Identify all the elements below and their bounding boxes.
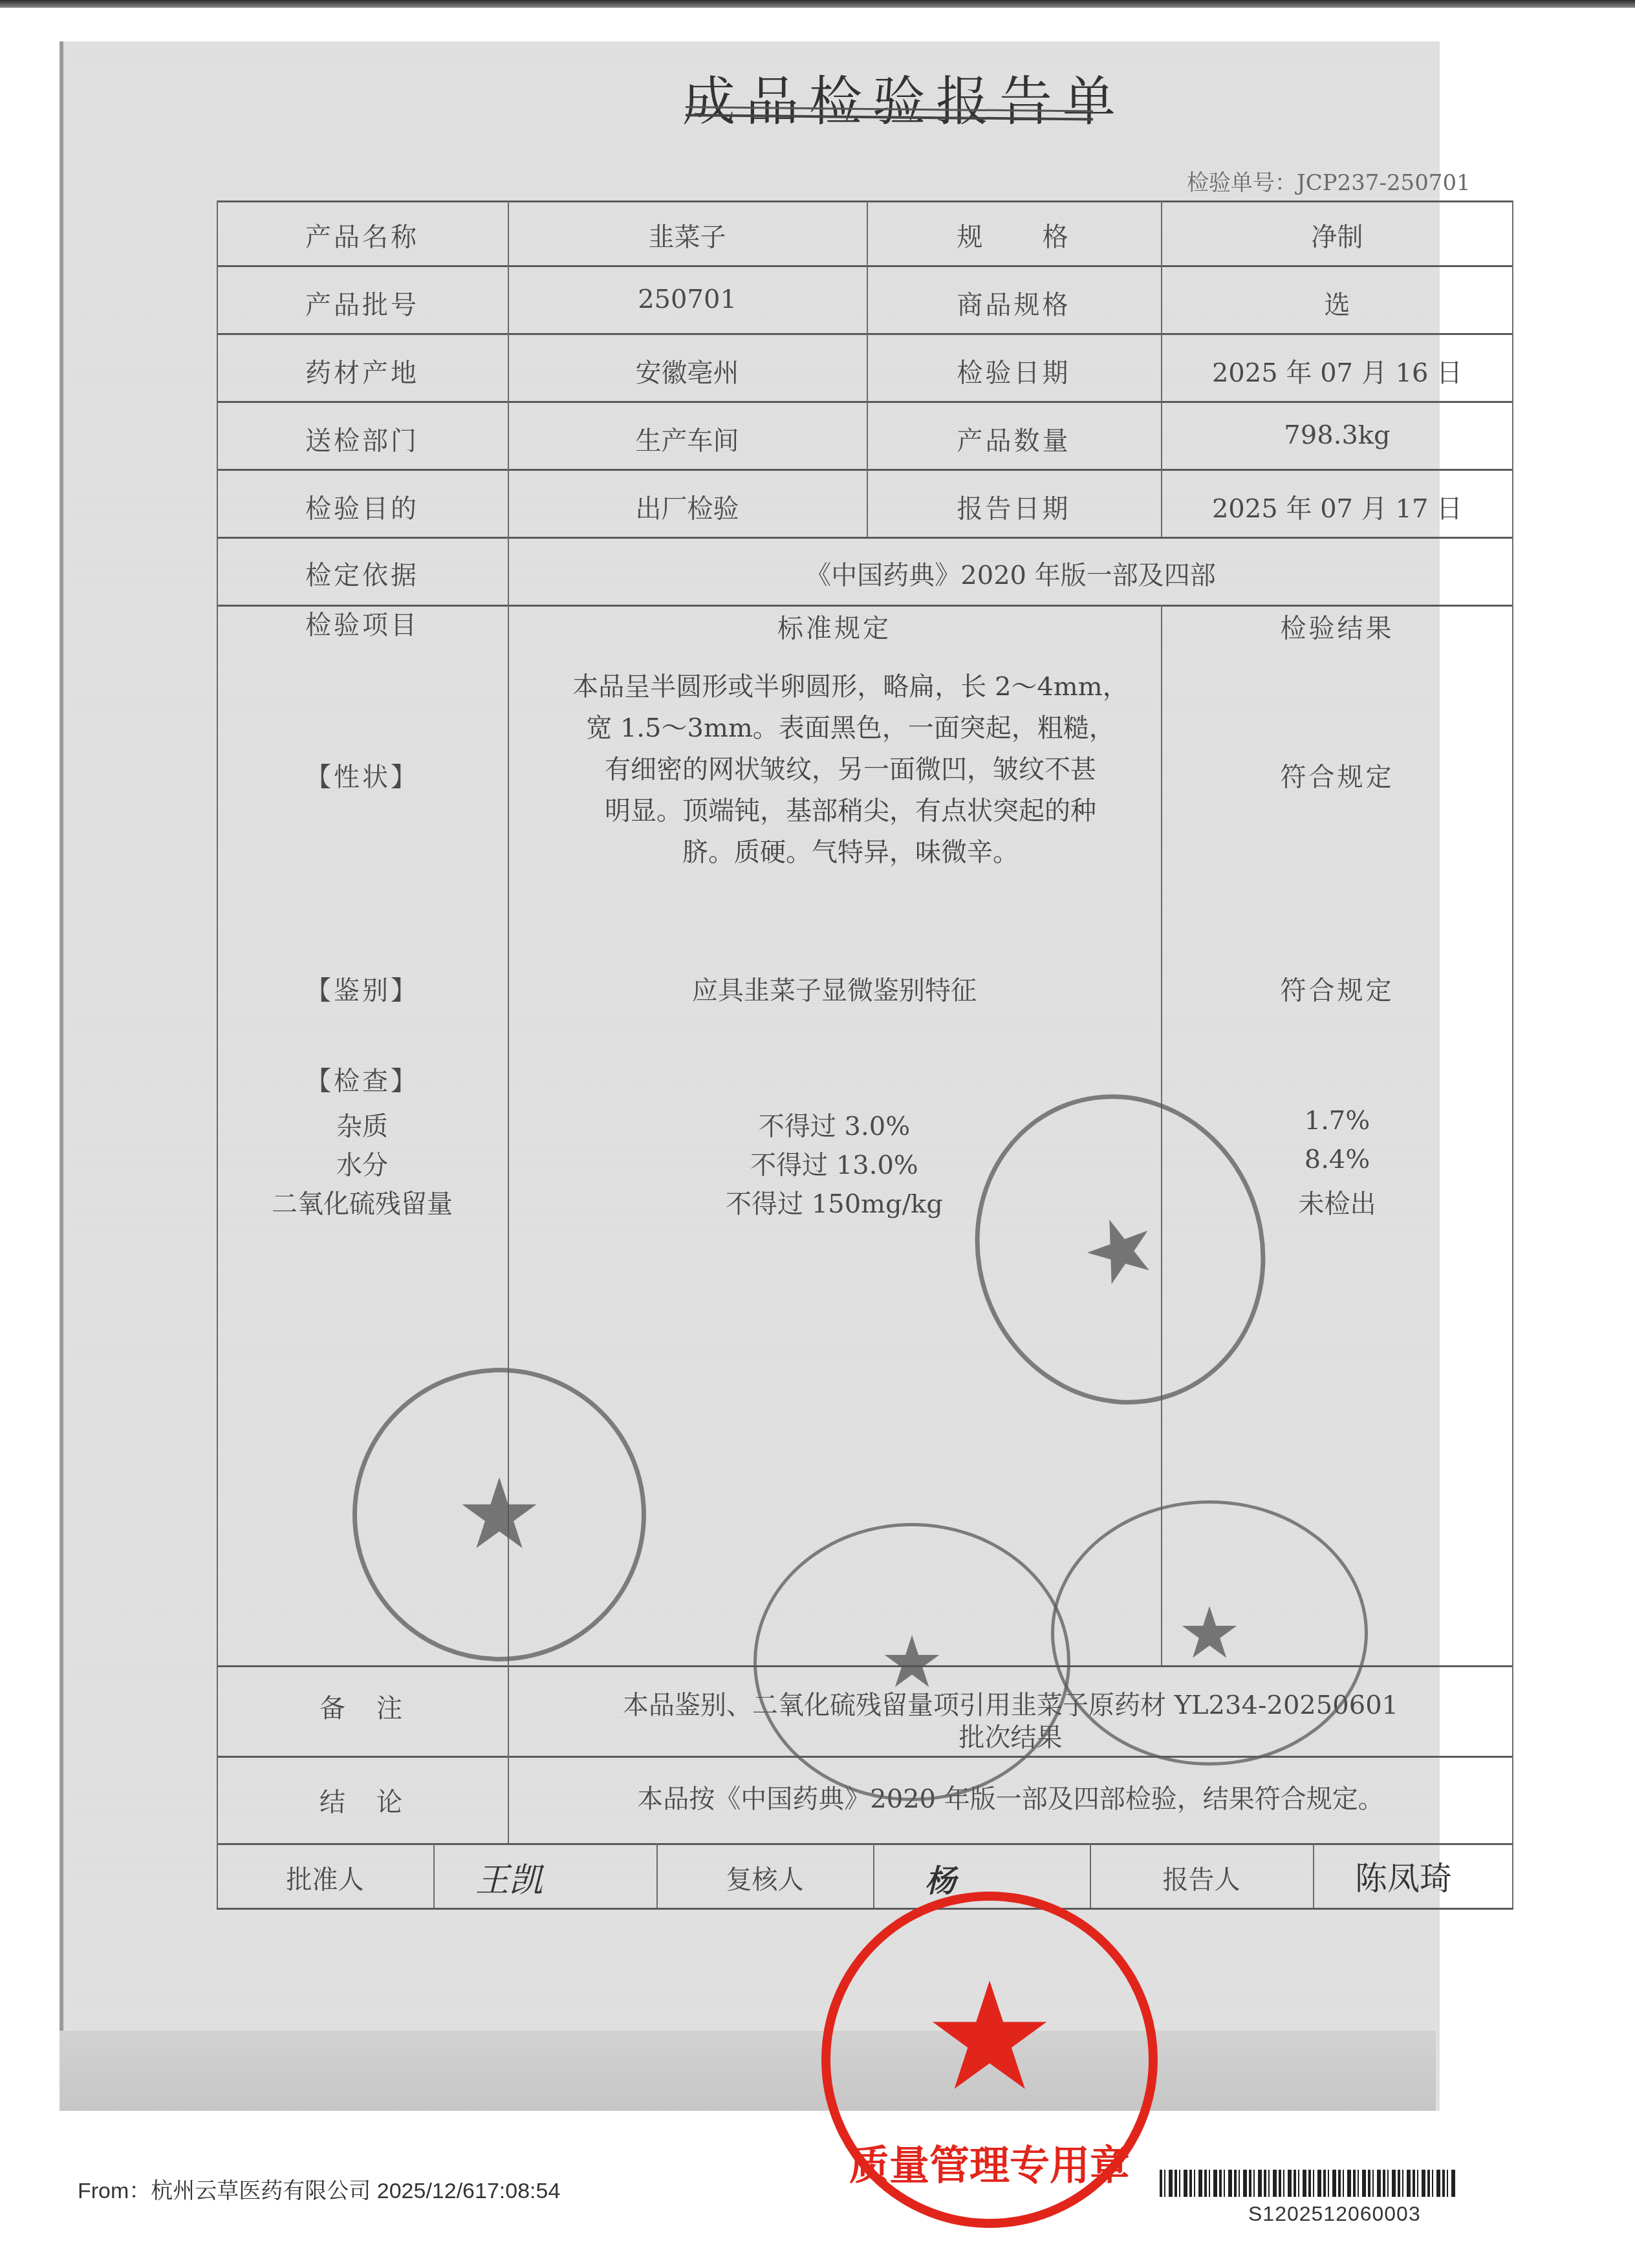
star-icon: ★ bbox=[880, 1621, 944, 1703]
standard-line: 有细密的网状皱纹，另一面微凹，皱纹不甚 bbox=[527, 749, 1174, 790]
label-identification: 【鉴别】 bbox=[217, 970, 508, 1007]
inspect-name-so2: 二氧化硫残留量 bbox=[217, 1183, 508, 1220]
value-conclusion: 本品按《中国药典》2020 年版一部及四部检验，结果符合规定。 bbox=[508, 1778, 1513, 1815]
character-standard: 本品呈半圆形或半卵圆形，略扁，长 2～4mm， 宽 1.5～3mm。表面黑色，一… bbox=[527, 666, 1174, 873]
standard-line: 明显。顶端钝，基部稍尖，有点状突起的种 bbox=[527, 790, 1174, 832]
signature-reviewer: 杨 bbox=[925, 1856, 956, 1901]
signature-reporter: 陈凤琦 bbox=[1355, 1853, 1452, 1899]
label-spec: 规 格 bbox=[867, 217, 1161, 254]
label-inspect-date: 检验日期 bbox=[867, 352, 1161, 389]
signature-approver: 王凯 bbox=[475, 1853, 543, 1901]
page-title: 成品检验报告单 bbox=[682, 59, 1126, 135]
sheet-bottom-shade bbox=[60, 2031, 1436, 2111]
col-divider bbox=[433, 1843, 435, 1908]
standard-identification: 应具韭菜子显微鉴别特征 bbox=[508, 970, 1161, 1007]
row-divider bbox=[217, 265, 1513, 267]
value-batch: 250701 bbox=[508, 285, 867, 314]
label-inspection: 【检查】 bbox=[217, 1061, 508, 1097]
value-spec: 净制 bbox=[1161, 217, 1513, 254]
inspect-name-impurity: 杂质 bbox=[217, 1106, 508, 1143]
scan-top-edge bbox=[0, 0, 1635, 8]
label-dept: 送检部门 bbox=[217, 420, 508, 457]
barcode-text: S1202512060003 bbox=[1248, 2202, 1421, 2226]
result-character: 符合规定 bbox=[1161, 757, 1513, 794]
star-icon: ★ bbox=[1068, 1191, 1173, 1309]
quality-stamp-red: ★ 质量管理专用章 bbox=[821, 1892, 1158, 2228]
company-stamp-left: ★ bbox=[352, 1368, 646, 1661]
label-commodity-spec: 商品规格 bbox=[867, 285, 1161, 321]
label-basis: 检定依据 bbox=[217, 555, 508, 592]
col-divider bbox=[873, 1843, 874, 1908]
label-conclusion: 结 论 bbox=[217, 1782, 508, 1819]
label-report-date: 报告日期 bbox=[867, 488, 1161, 525]
value-dept: 生产车间 bbox=[508, 420, 867, 457]
label-quantity: 产品数量 bbox=[867, 420, 1161, 457]
doc-number: 检验单号：JCP237-250701 bbox=[1187, 165, 1471, 197]
label-purpose: 检验目的 bbox=[217, 488, 508, 525]
standard-line: 脐。质硬。气特异，味微辛。 bbox=[527, 832, 1174, 873]
star-icon: ★ bbox=[1178, 1592, 1242, 1674]
inspect-name-moisture: 水分 bbox=[217, 1145, 508, 1182]
header-item: 检验项目 bbox=[217, 605, 508, 642]
label-character: 【性状】 bbox=[217, 757, 508, 794]
value-quantity: 798.3kg bbox=[1161, 420, 1513, 450]
stamp-sub-text: 质量管理专用章 bbox=[830, 2133, 1149, 2191]
table-border bbox=[217, 1908, 1513, 1910]
star-icon: ★ bbox=[923, 1963, 1056, 2112]
table-border bbox=[217, 200, 1513, 202]
value-commodity-spec: 选 bbox=[1161, 285, 1513, 321]
star-icon: ★ bbox=[456, 1458, 543, 1571]
barcode bbox=[1160, 2170, 1457, 2197]
row-divider bbox=[217, 537, 1513, 539]
supplier-stamp-right: ★ bbox=[1051, 1500, 1368, 1766]
row-divider bbox=[217, 1843, 1513, 1845]
supplier-stamp-left: ★ bbox=[753, 1523, 1070, 1801]
label-remarks: 备 注 bbox=[217, 1688, 508, 1725]
value-basis: 《中国药典》2020 年版一部及四部 bbox=[508, 555, 1513, 592]
table-border bbox=[1512, 200, 1513, 1908]
value-origin: 安徽亳州 bbox=[508, 352, 867, 389]
value-product-name: 韭菜子 bbox=[508, 217, 867, 254]
fax-from-line: From：杭州云草医药有限公司 2025/12/617:08:54 bbox=[78, 2173, 560, 2205]
value-report-date: 2025 年 07 月 17 日 bbox=[1161, 488, 1513, 525]
col-divider bbox=[1313, 1843, 1314, 1908]
header-standard: 标准规定 bbox=[508, 608, 1161, 645]
value-inspect-date: 2025 年 07 月 16 日 bbox=[1161, 352, 1513, 389]
label-reviewer: 复核人 bbox=[656, 1859, 873, 1896]
label-origin: 药材产地 bbox=[217, 352, 508, 389]
result-identification: 符合规定 bbox=[1161, 970, 1513, 1007]
row-divider bbox=[217, 469, 1513, 471]
header-result: 检验结果 bbox=[1161, 608, 1513, 645]
label-batch: 产品批号 bbox=[217, 285, 508, 321]
value-purpose: 出厂检验 bbox=[508, 488, 867, 525]
doc-number-label: 检验单号： bbox=[1187, 170, 1297, 196]
standard-line: 本品呈半圆形或半卵圆形，略扁，长 2～4mm， bbox=[527, 666, 1174, 707]
label-product-name: 产品名称 bbox=[217, 217, 508, 254]
doc-number-value: JCP237-250701 bbox=[1297, 170, 1471, 196]
inspect-result-impurity: 1.7% bbox=[1161, 1106, 1513, 1136]
row-divider bbox=[217, 401, 1513, 403]
standard-line: 宽 1.5～3mm。表面黑色，一面突起，粗糙， bbox=[527, 707, 1174, 749]
row-divider bbox=[217, 333, 1513, 335]
label-reporter: 报告人 bbox=[1090, 1859, 1313, 1896]
label-approver: 批准人 bbox=[217, 1859, 433, 1896]
